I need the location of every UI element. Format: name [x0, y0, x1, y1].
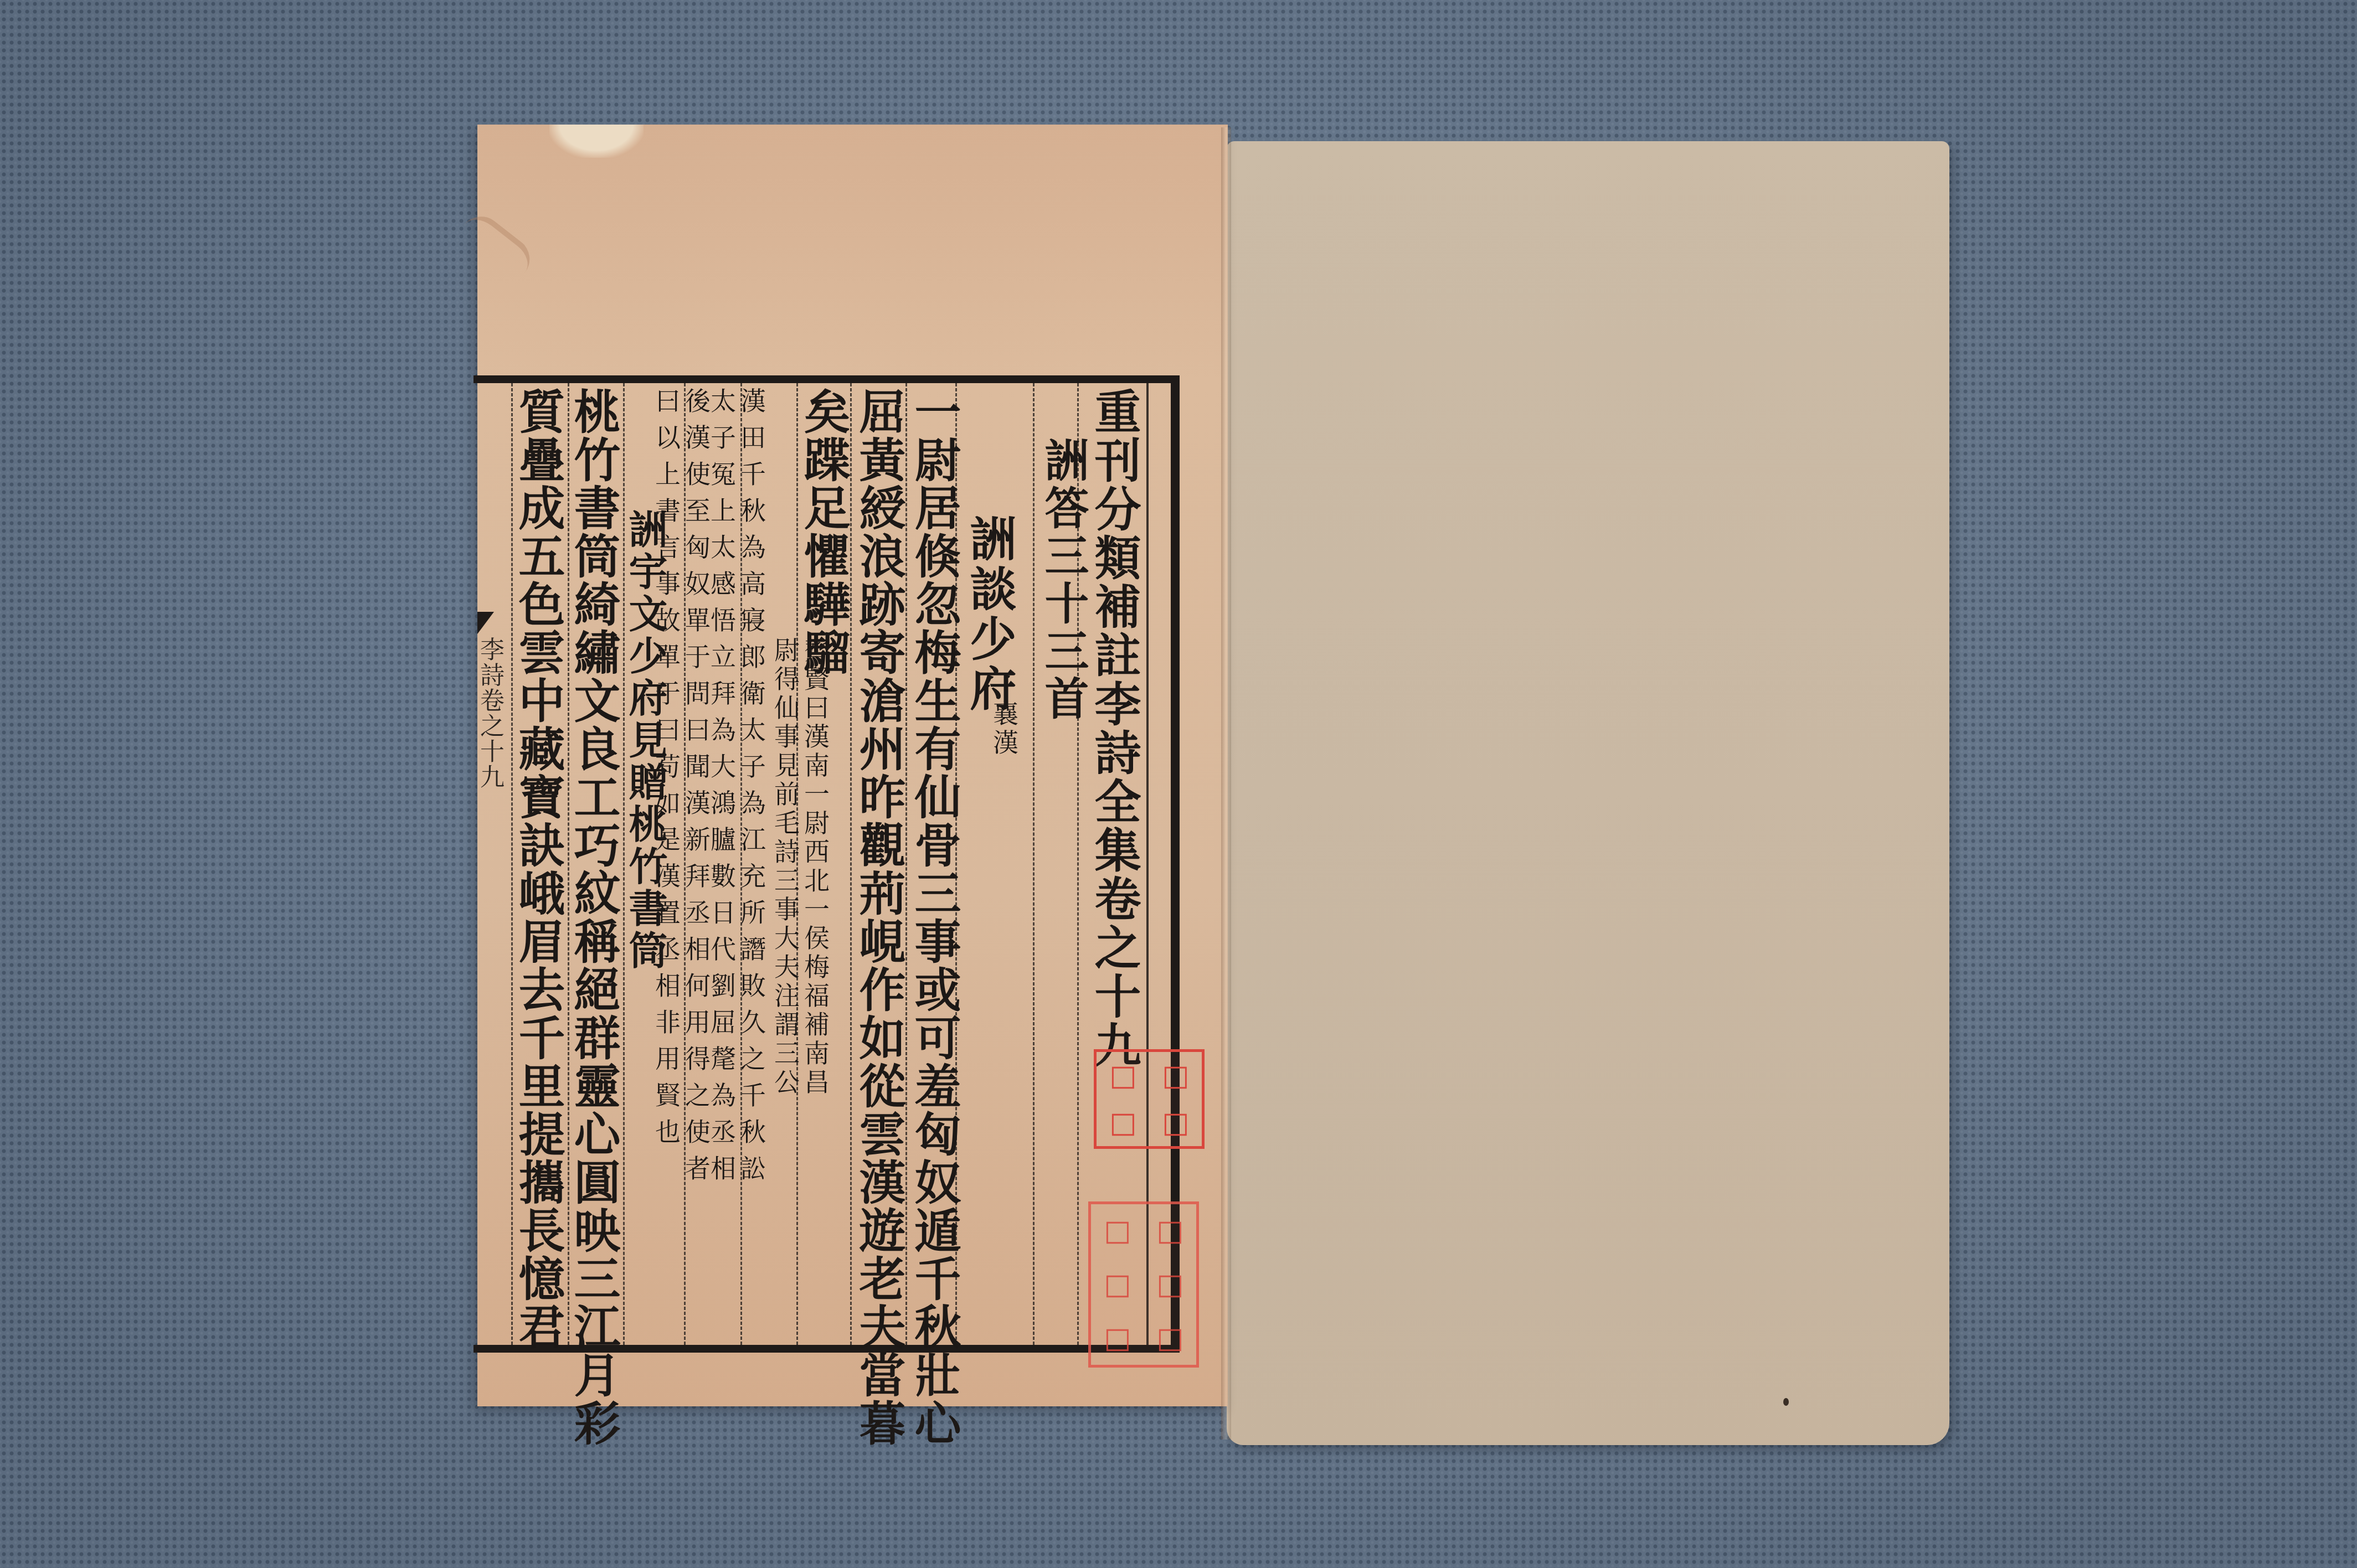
seal-char: □: [1097, 1099, 1149, 1146]
poem-line: 屈黃綬浪跡寄滄州昨觀荊峴作如從雲漢遊老夫當暮: [856, 388, 902, 1447]
poem-line: 質疊成五色雲中藏寶訣峨眉去千里提攜長憶君: [515, 388, 562, 1351]
column-rule: [1033, 383, 1035, 1345]
seal-char: □: [1097, 1052, 1149, 1099]
seal-char: □: [1144, 1258, 1196, 1312]
poem-line: 一尉居倏忽梅生有仙骨三事或可羞匈奴遁千秋壯心: [911, 388, 958, 1447]
commentary-left: 尉得仙事見前毛詩三事大夫注謂三公: [773, 637, 798, 1097]
seal-char: □: [1144, 1311, 1196, 1365]
section-heading: 詶答三十三首: [1041, 437, 1085, 723]
seal-char: □: [1091, 1204, 1144, 1258]
seal-char: □: [1149, 1099, 1202, 1146]
paper-speck: [1783, 1398, 1789, 1406]
book-gutter: [1221, 127, 1231, 1440]
poem-title: 詶談少府: [966, 515, 1013, 714]
poem-line: 桃竹書筒綺繡文良工巧紋稱絕群靈心圓映三江月彩: [570, 388, 617, 1447]
water-stain-line: [426, 208, 539, 321]
commentary-block: 漢田千秋為高寢郎衛太子為江充所譖敗久之千秋訟 太子冤上太感悟立拜為大鴻臚數日代劉…: [709, 388, 764, 1192]
seal-char: □: [1149, 1052, 1202, 1099]
collector-seal-lower: □ □ □ □ □ □: [1088, 1201, 1199, 1368]
fold-margin-label: 李詩卷之十九: [477, 637, 502, 790]
poem-place-note: 襄漢: [991, 700, 1017, 758]
column-rule: [1146, 383, 1149, 1345]
commentary-left: 太子冤上太感悟立拜為大鴻臚數日代劉屈氂為丞相: [709, 388, 734, 1192]
water-stain: [549, 125, 644, 158]
poem-line: 矣蹀足懼驊騮: [800, 388, 847, 677]
fishtail-mark-icon: [477, 612, 494, 634]
seal-char: □: [1144, 1204, 1196, 1258]
commentary-right: 漢田千秋為高寢郎衛太子為江充所譖敗久之千秋訟: [739, 388, 764, 1192]
seal-char: □: [1091, 1258, 1144, 1312]
collector-seal-upper: □ □ □ □: [1094, 1049, 1205, 1149]
volume-title: 重刊分類補註李詩全集卷之十九: [1091, 388, 1138, 1070]
commentary-right: 齊賢曰漢南一尉西北一侯梅福補南昌: [802, 637, 828, 1097]
right-blank-page: [1227, 141, 1949, 1445]
poem-title: 詶宇文少府見贈桃竹書筒: [626, 509, 665, 972]
seal-char: □: [1091, 1311, 1144, 1365]
commentary-block: 齊賢曰漢南一尉西北一侯梅福補南昌 尉得仙事見前毛詩三事大夫注謂三公: [773, 637, 828, 1097]
commentary-right: 後漢使至匈奴單于問曰聞漢新拜丞相何用得之使者: [683, 388, 709, 1192]
